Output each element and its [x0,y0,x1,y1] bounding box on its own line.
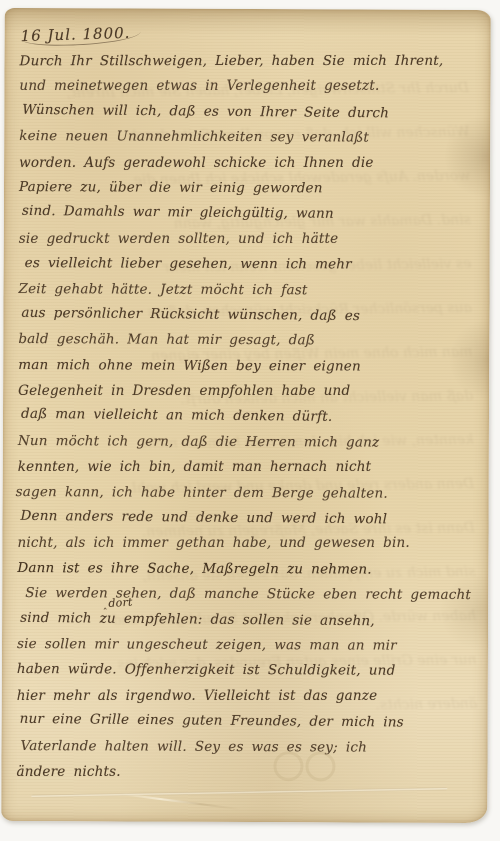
letter-line: und meinetwegen etwas in Verlegenheit ge… [19,74,486,99]
letter-line: kennten, wie ich bin, damit man hernach … [18,455,485,480]
letter-line: Vaterlande halten will. Sey es was es se… [20,734,483,761]
letter-scan: Durch Ihr Stillschweigen, Lieber, haben … [0,0,500,841]
date-line: 16 Jul. 1800. [20,23,140,47]
letter-line: Durch Ihr Stillschweigen, Lieber, haben … [20,49,487,75]
letter-line: Sie werden sehen, daß manche Stücke eben… [25,581,484,608]
letter-line: hier mehr als irgendwo. Vielleicht ist d… [17,684,484,709]
letter-lines: dort Durch Ihr Stillschweigen, Lieber, h… [16,48,486,786]
letter-line: nicht, als ich immer gethan habe, und ge… [17,531,484,556]
letter-line: Dann ist es ihre Sache, Maßregeln zu neh… [17,556,484,583]
letter-line: haben würde. Offenherzigkeit ist Schuldi… [17,657,484,684]
paper-corner-crease [122,793,241,810]
letter-page: Durch Ihr Stillschweigen, Lieber, haben … [1,8,491,823]
letter-line: nur eine Grille eines guten Freundes, de… [20,707,484,737]
letter-line: Zeit gehabt hätte. Jetzt möcht ich fast [18,277,485,304]
letter-line: sind. Damahls war mir gleichgültig, wann [22,199,486,229]
letter-line: worden. Aufs geradewohl schicke ich Ihne… [19,151,486,176]
letter-line: bald geschäh. Man hat mir gesagt, daß [18,327,485,354]
letter-line: sie sollen mir ungescheut zeigen, was ma… [17,632,484,659]
letter-line: Papiere zu, über die wir einig geworden [19,175,486,202]
letter-line: ändere nichts. [16,760,483,785]
letter-line: keine neuen Unannehmlichkeiten sey veran… [19,124,486,151]
letter-line: Gelegenheit in Dresden empfohlen habe un… [18,379,485,404]
letter-line: Wünschen will ich, daß es von Ihrer Seit… [22,98,486,128]
letter-line: Nun möcht ich gern, daß die Herren mich … [18,429,485,456]
letter-line: daß man vielleicht an mich denken dürft. [21,402,485,432]
letter-line: sagen kann, ich habe hinter dem Berge ge… [16,480,485,507]
letter-line: man mich ohne mein Wißen bey einer eigne… [18,353,485,380]
letter-line: sie gedruckt werden sollten, und ich hät… [19,227,486,252]
letter-line: es vielleicht lieber gesehen, wenn ich m… [25,251,486,278]
letter-body: 16 Jul. 1800. dort Durch Ihr Stillschwei… [16,24,486,786]
letter-line: Denn anders rede und denke und werd ich … [20,504,484,534]
letter-line: sind mich zu empfehlen: das sollen sie a… [20,605,484,635]
paper-crease [31,787,447,798]
letter-line: aus persönlicher Rücksicht wünschen, daß… [21,301,485,331]
